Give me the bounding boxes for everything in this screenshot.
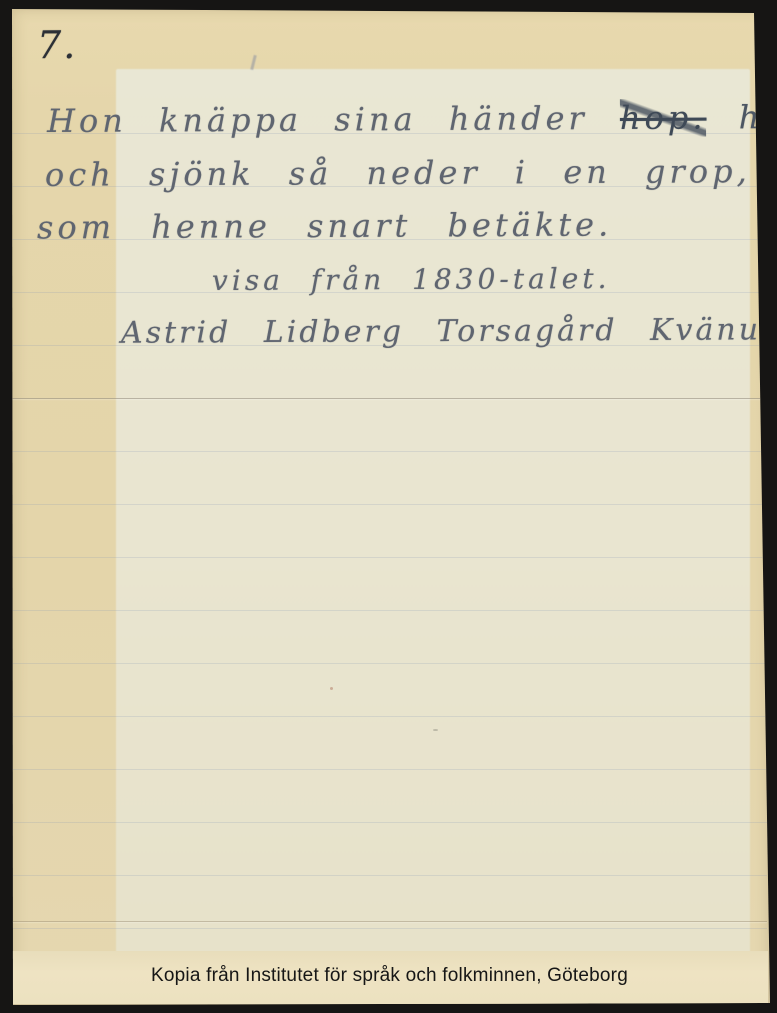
stray-pencil-mark <box>250 55 257 70</box>
signature-line: Astrid Lidberg Torsagård Kvänum. <box>121 312 777 351</box>
manuscript-page: 7. Hon knäppa sina händer hop. hop. och … <box>9 7 771 1006</box>
verse-line-3: som henne snart betäkte. <box>37 205 612 246</box>
verse-line-1-text: Hon knäppa sina händer <box>47 99 588 140</box>
fold-crease-lower <box>11 921 767 922</box>
verse-line-2: och sjönk så neder i en grop, <box>45 152 751 194</box>
rewritten-word: hop. <box>739 98 777 136</box>
fold-crease-upper <box>11 398 767 399</box>
verse-line-1: Hon knäppa sina händer hop. hop. <box>47 98 777 140</box>
attribution-line: visa från 1830-talet. <box>212 262 611 297</box>
page-number: 7. <box>37 23 77 67</box>
strikethrough-word: hop. <box>620 99 707 137</box>
archive-stamp-text: Kopia från Institutet för språk och folk… <box>11 965 768 987</box>
lighter-overlay-sheet <box>116 69 750 955</box>
archive-footer-band: Kopia från Institutet för språk och folk… <box>11 951 768 1004</box>
scan-background: 7. Hon knäppa sina händer hop. hop. och … <box>0 0 777 1013</box>
